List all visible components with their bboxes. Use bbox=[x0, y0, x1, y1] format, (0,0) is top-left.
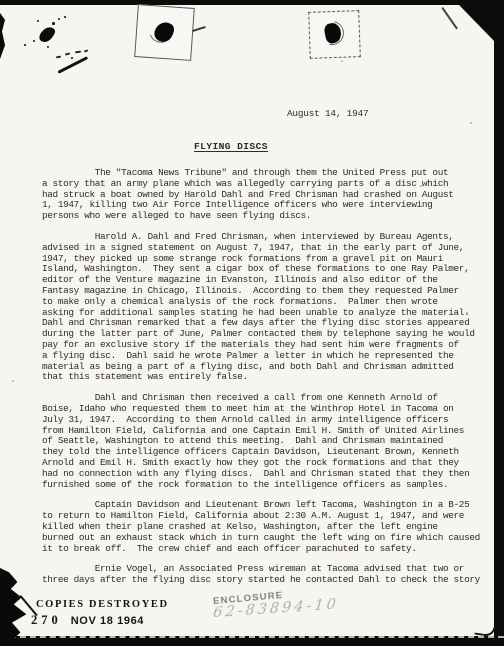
scan-edge-bottom bbox=[0, 636, 504, 646]
paper-speck bbox=[341, 60, 343, 62]
scan-edge-top bbox=[0, 0, 504, 5]
ink-dash bbox=[75, 51, 81, 53]
copies-destroyed-label: COPIES DESTROYED bbox=[36, 599, 169, 610]
ink-speck bbox=[64, 16, 66, 18]
copies-destroyed-stamp: COPIES DESTROYED 270NOV 18 1964 bbox=[36, 599, 169, 629]
hole-punch-tail-mark bbox=[192, 26, 206, 32]
paragraph: Harold A. Dahl and Fred Chrisman, when i… bbox=[42, 232, 494, 383]
corner-fold-crease bbox=[442, 7, 458, 29]
copies-destroyed-number: 270 bbox=[31, 613, 62, 627]
ink-speck bbox=[24, 44, 26, 46]
scan-artifact-left-sliver bbox=[0, 13, 5, 59]
ink-dash bbox=[84, 49, 88, 52]
ink-speck bbox=[71, 57, 73, 59]
corner-fold-top-right bbox=[451, 5, 496, 43]
paper-speck bbox=[12, 380, 14, 382]
hole-punch-patch-right bbox=[308, 10, 361, 59]
paper-speck bbox=[470, 122, 472, 124]
copies-destroyed-detail: 270NOV 18 1964 bbox=[31, 611, 169, 629]
paragraph: Ernie Vogel, an Associated Press wireman… bbox=[42, 564, 494, 586]
ink-speck bbox=[58, 18, 60, 20]
scanned-document-page: August 14, 1947 FLYING DISCS The "Tacoma… bbox=[0, 0, 504, 646]
paragraph: The "Tacoma News Tribune" and through th… bbox=[42, 168, 494, 222]
ink-dash bbox=[65, 52, 70, 55]
document-date: August 14, 1947 bbox=[287, 108, 368, 119]
ink-speck bbox=[37, 20, 39, 22]
ink-stroke bbox=[57, 56, 88, 73]
copies-destroyed-date: NOV 18 1964 bbox=[71, 615, 144, 627]
scan-edge-right bbox=[494, 0, 504, 646]
ink-speck bbox=[47, 46, 49, 48]
page-title: FLYING DISCS bbox=[194, 141, 268, 152]
paragraph: Dahl and Chrisman then received a call f… bbox=[42, 393, 494, 490]
paragraph: Captain Davidson and Lieutenant Brown le… bbox=[42, 500, 494, 554]
ink-dash bbox=[56, 56, 61, 58]
ink-speck bbox=[33, 40, 35, 42]
ink-blot bbox=[37, 24, 56, 45]
hole-punch-patch-left bbox=[134, 4, 195, 61]
document-body: The "Tacoma News Tribune" and through th… bbox=[42, 168, 494, 596]
ink-speck bbox=[52, 22, 55, 25]
